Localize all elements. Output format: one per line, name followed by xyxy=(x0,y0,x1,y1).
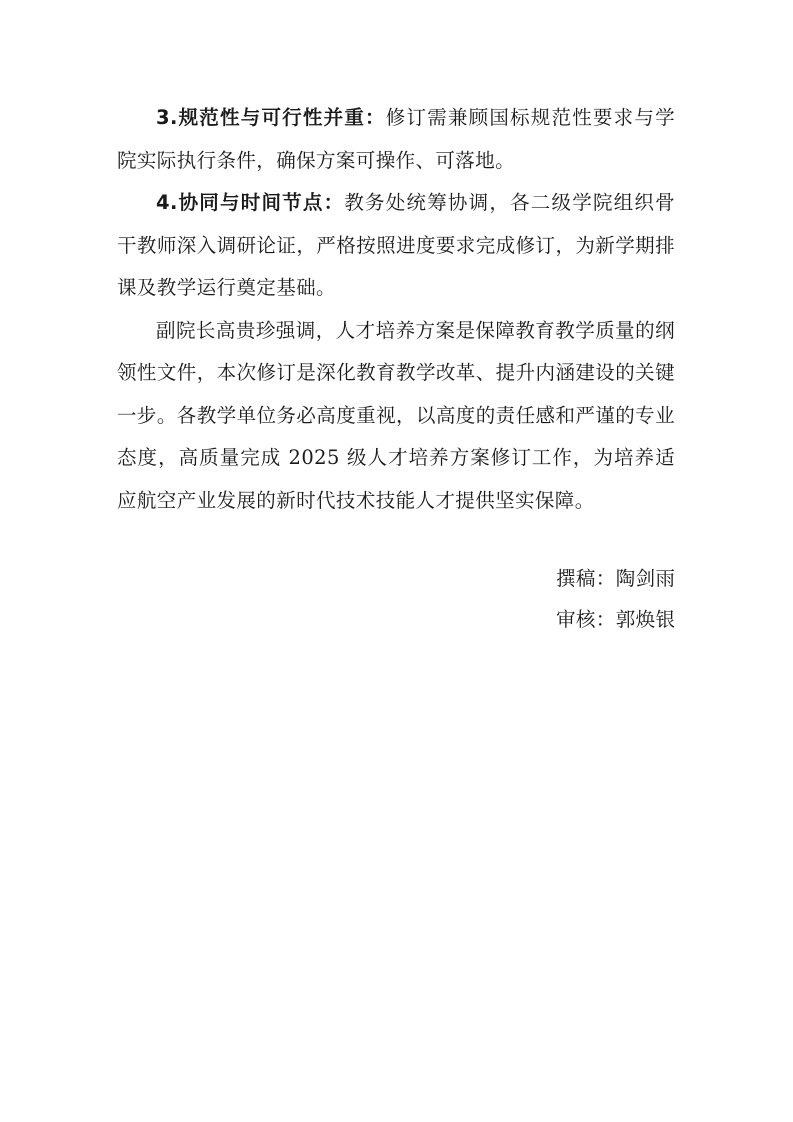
paragraph-lead: 3.规范性与可行性并重： xyxy=(156,106,386,129)
paragraph-vice-president-remarks: 副院长高贵珍强调，人才培养方案是保障教育教学质量的纲领性文件，本次修订是深化教育… xyxy=(117,310,675,523)
document-body: 3.规范性与可行性并重：修订需兼顾国标规范性要求与学院实际执行条件，确保方案可操… xyxy=(117,97,675,522)
author-credit: 撰稿：陶剑雨 xyxy=(556,563,675,591)
reviewer-credit: 审核：郭焕银 xyxy=(556,604,675,632)
paragraph-principle-3: 3.规范性与可行性并重：修订需兼顾国标规范性要求与学院实际执行条件，确保方案可操… xyxy=(117,97,675,182)
paragraph-text: 副院长高贵珍强调，人才培养方案是保障教育教学质量的纲领性文件，本次修订是深化教育… xyxy=(117,319,675,512)
paragraph-lead: 4.协同与时间节点： xyxy=(156,191,344,214)
paragraph-principle-4: 4.协同与时间节点：教务处统筹协调，各二级学院组织骨干教师深入调研论证，严格按照… xyxy=(117,182,675,310)
